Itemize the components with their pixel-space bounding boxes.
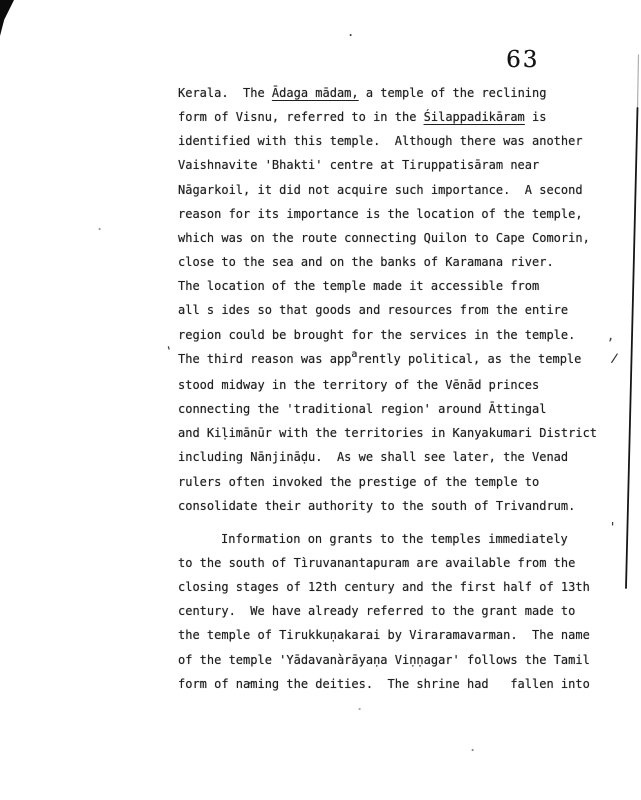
text-line: to the south of Tìruvanantapuram are ava… bbox=[178, 551, 597, 575]
text-line: close to the sea and on the banks of Kar… bbox=[178, 250, 597, 274]
scan-speck: . bbox=[469, 741, 476, 753]
text-segment: which was on the route connecting Quilon… bbox=[178, 231, 590, 245]
text-segment: century. We have already referred to the… bbox=[178, 604, 575, 618]
text-segment: The location of the temple made it acces… bbox=[178, 279, 539, 293]
text-line: region could be brought for the services… bbox=[178, 323, 597, 347]
text-segment: connecting the 'traditional region' arou… bbox=[178, 402, 546, 416]
text-line: connecting the 'traditional region' arou… bbox=[178, 397, 597, 421]
typed-correction: a bbox=[351, 349, 357, 360]
scan-edge-line-faint bbox=[638, 55, 639, 108]
text-line: and Kiḷimānūr with the territories in Ka… bbox=[178, 421, 597, 445]
text-line: closing stages of 12th century and the f… bbox=[178, 575, 597, 599]
underlined-term: Śilappadikāram bbox=[424, 110, 525, 124]
text-segment: Vaishnavite 'Bhakti' centre at Tiruppati… bbox=[178, 158, 539, 172]
scan-corner-artifact bbox=[0, 0, 14, 36]
text-segment: closing stages of 12th century and the f… bbox=[178, 580, 590, 594]
text-segment: Information on grants to the temples imm… bbox=[221, 532, 568, 546]
text-line: the temple of Tirukkuṇakarai by Virarama… bbox=[178, 623, 597, 647]
text-segment: a temple of the reclining bbox=[359, 86, 547, 100]
scan-speck: / bbox=[610, 352, 619, 365]
text-line: of the temple 'Yādavanàrāyaṇa Viṇṇagar' … bbox=[178, 648, 597, 672]
text-line: The third reason was apparently politica… bbox=[178, 347, 597, 373]
scan-speck: . bbox=[246, 674, 253, 686]
text-line: The location of the temple made it acces… bbox=[178, 274, 597, 298]
text-segment: region could be brought for the services… bbox=[178, 328, 575, 342]
text-segment: identified with this temple. Although th… bbox=[178, 134, 583, 148]
text-segment: of the temple 'Yādavanàrāyaṇa Viṇṇagar' … bbox=[178, 653, 590, 667]
text-line: form of Visnu, referred to in the Śilapp… bbox=[178, 105, 597, 129]
text-line: Vaishnavite 'Bhakti' centre at Tiruppati… bbox=[178, 153, 597, 177]
paragraph: Information on grants to the temples imm… bbox=[178, 527, 597, 696]
text-line: Nāgarkoil, it did not acquire such impor… bbox=[178, 178, 597, 202]
scan-speck: . bbox=[96, 220, 103, 232]
text-line: form of naming the deities. The shrine h… bbox=[178, 672, 597, 696]
text-segment: Nāgarkoil, it did not acquire such impor… bbox=[178, 183, 583, 197]
text-segment: the temple of Tirukkuṇakarai by Virarama… bbox=[178, 628, 590, 642]
text-line: century. We have already referred to the… bbox=[178, 599, 597, 623]
text-segment: Kerala. The bbox=[178, 86, 272, 100]
text-segment: all s ides so that goods and resources f… bbox=[178, 303, 568, 317]
text-line: all s ides so that goods and resources f… bbox=[178, 298, 597, 322]
scan-speck: ' bbox=[165, 344, 175, 357]
scan-speck: , bbox=[607, 330, 614, 342]
text-line: stood midway in the territory of the Vēn… bbox=[178, 373, 597, 397]
text-line: Information on grants to the temples imm… bbox=[178, 527, 597, 551]
text-line: consolidate their authority to the south… bbox=[178, 494, 597, 518]
text-segment: and Kiḷimānūr with the territories in Ka… bbox=[178, 426, 597, 440]
scan-speck: . bbox=[347, 26, 354, 38]
text-segment: form of naming the deities. The shrine h… bbox=[178, 677, 590, 691]
text-line: identified with this temple. Although th… bbox=[178, 129, 597, 153]
text-line: rulers often invoked the prestige of the… bbox=[178, 470, 597, 494]
text-segment: is bbox=[525, 110, 547, 124]
scanned-document-page: 63 Kerala. The Ādaga mādam, a temple of … bbox=[0, 0, 641, 800]
text-segment: form of Visnu, referred to in the bbox=[178, 110, 424, 124]
text-segment: rulers often invoked the prestige of the… bbox=[178, 475, 539, 489]
text-segment: rently political, as the temple bbox=[357, 352, 581, 366]
body-text: Kerala. The Ādaga mādam, a temple of the… bbox=[178, 81, 597, 696]
text-segment: The third reason was app bbox=[178, 352, 351, 366]
text-segment: consolidate their authority to the south… bbox=[178, 499, 575, 513]
scan-speck: ' bbox=[609, 521, 616, 533]
text-segment: including Nānjināḍu. As we shall see lat… bbox=[178, 450, 568, 464]
paragraph: Kerala. The Ādaga mādam, a temple of the… bbox=[178, 81, 597, 518]
text-line: which was on the route connecting Quilon… bbox=[178, 226, 597, 250]
scan-edge-line bbox=[626, 108, 638, 588]
scan-speck: . bbox=[356, 700, 363, 712]
text-segment: stood midway in the territory of the Vēn… bbox=[178, 378, 539, 392]
text-segment: close to the sea and on the banks of Kar… bbox=[178, 255, 554, 269]
text-line: including Nānjināḍu. As we shall see lat… bbox=[178, 445, 597, 469]
underlined-term: Ādaga mādam, bbox=[272, 86, 359, 100]
text-line: Kerala. The Ādaga mādam, a temple of the… bbox=[178, 81, 597, 105]
text-segment: to the south of Tìruvanantapuram are ava… bbox=[178, 556, 575, 570]
text-segment: reason for its importance is the locatio… bbox=[178, 207, 583, 221]
page-number: 63 bbox=[506, 47, 539, 73]
text-line: reason for its importance is the locatio… bbox=[178, 202, 597, 226]
